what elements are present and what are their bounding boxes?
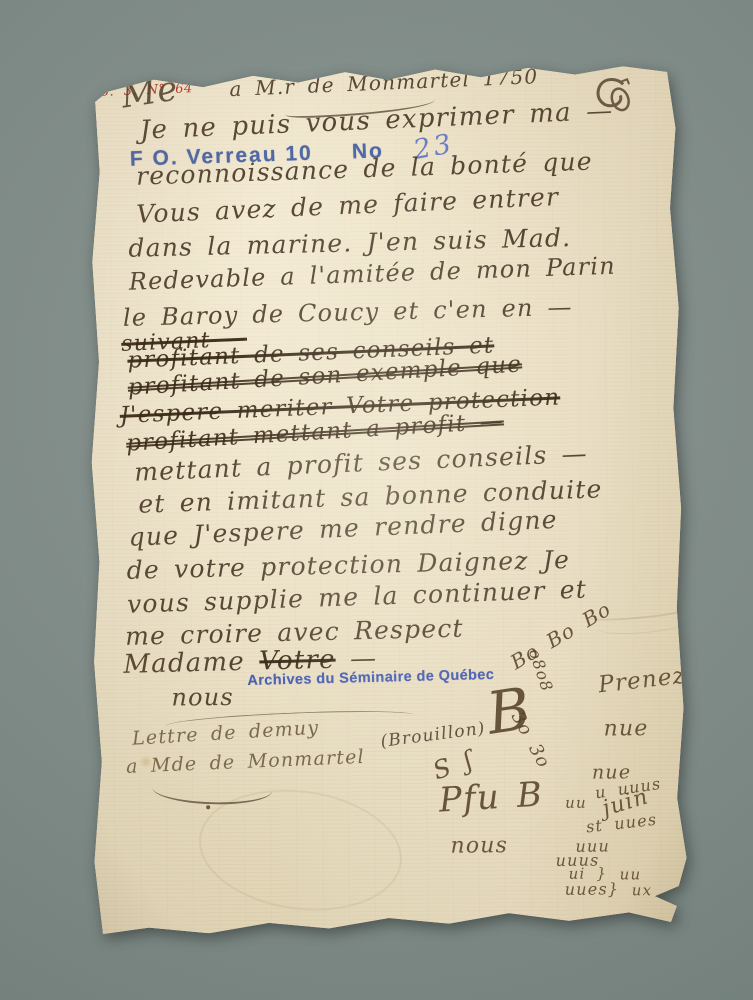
- brouillon-annotation: (Brouillon): [380, 720, 487, 750]
- closing-madame: Madame: [123, 647, 260, 680]
- letter-line: le Baroy de Coucy et c'en en —: [123, 295, 573, 330]
- pen-trial: nue: [604, 718, 649, 740]
- pen-trial: uu: [620, 867, 642, 882]
- letter-line: Vous avez de me faire entrer: [136, 184, 560, 227]
- header-address-line: a M.r de Monmartel 1750: [229, 66, 539, 99]
- pen-trial: st uues: [585, 812, 658, 836]
- pen-trial: ux: [632, 883, 653, 898]
- letter-line: Je ne puis vous exprimer ma —: [139, 98, 614, 144]
- pen-trial: Prenez: [597, 665, 687, 698]
- pen-trial: Bo Bo Bo: [507, 598, 614, 672]
- pen-trial: nous: [450, 835, 508, 857]
- pen-trial: uu: [565, 796, 587, 811]
- manuscript-paper: B. 3. N° 64 Me a M.r de Monmartel 1750 J…: [83, 58, 693, 938]
- pen-trial: Pfu B: [438, 777, 544, 817]
- manuscript-page-wrapper: B. 3. N° 64 Me a M.r de Monmartel 1750 J…: [86, 60, 692, 940]
- paper-stain: [138, 756, 154, 768]
- pen-trial: uues}: [565, 881, 620, 897]
- letter-line: me croire avec Respect: [125, 616, 464, 649]
- closing-nous-word: nous: [171, 685, 234, 709]
- archivist-note-line2: a Mde de Monmartel: [126, 748, 365, 777]
- show-through-writing-mark: [597, 621, 687, 637]
- header-ink-flourish: Me: [119, 71, 181, 113]
- archivist-note-line1: Lettre de demuy: [132, 719, 320, 749]
- ink-dot: [206, 805, 210, 809]
